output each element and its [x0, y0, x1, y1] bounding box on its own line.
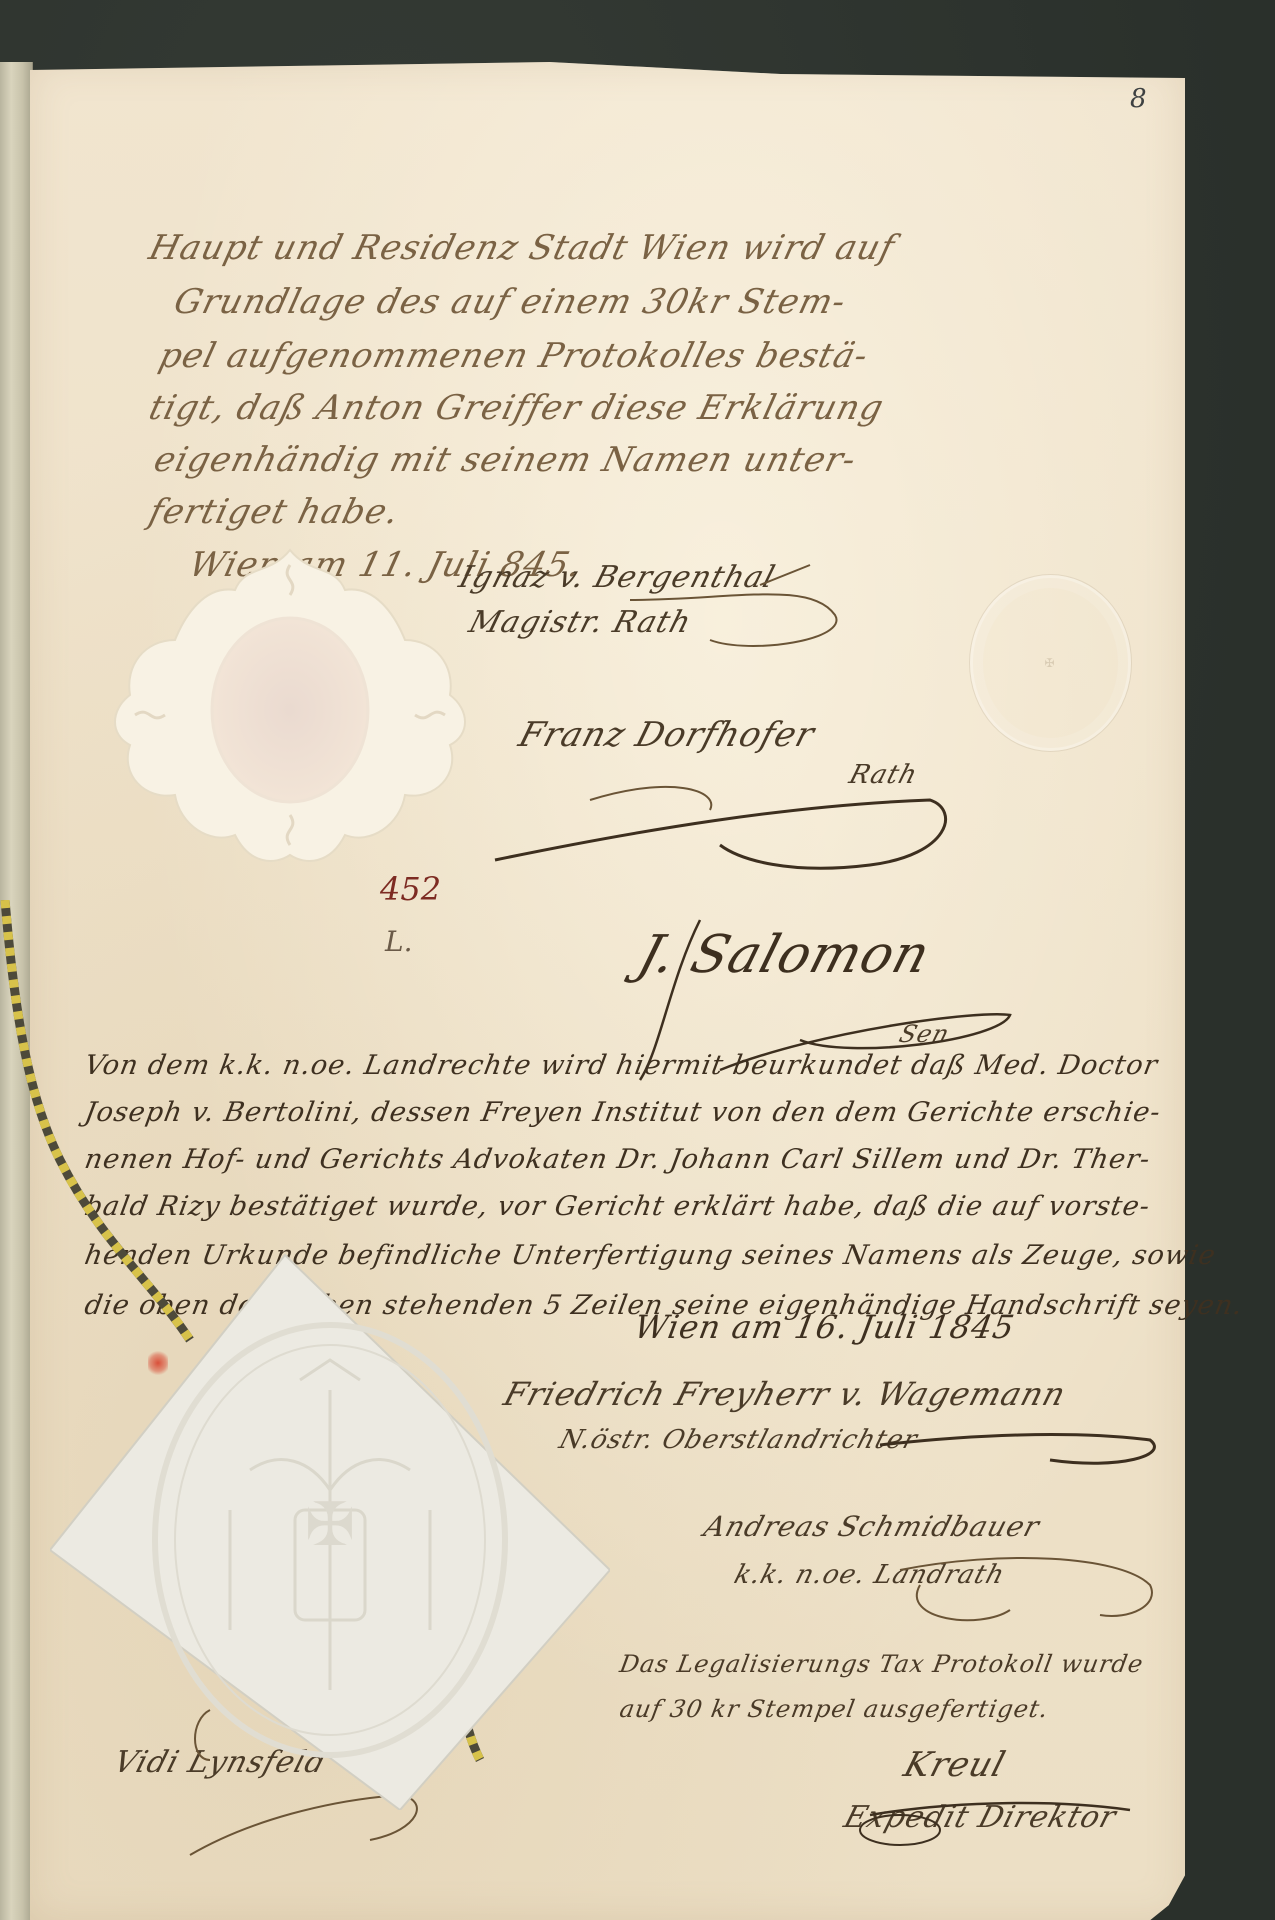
double-eagle-emblem-icon: ✠: [305, 1490, 355, 1560]
legalization-note-line: Das Legalisierungs Tax Protokoll wurde: [618, 1650, 1146, 1678]
folio-mark: 8: [1130, 84, 1147, 114]
upper-text-line: tigt, daß Anton Greiffer diese Erklärung: [145, 388, 888, 428]
signature-name: Franz Dorfhofer: [514, 715, 819, 755]
upper-text-line: Haupt und Residenz Stadt Wien wird auf: [145, 228, 899, 268]
signature-flourish: [610, 560, 850, 670]
signature-name: Kreul: [899, 1745, 1010, 1785]
signature-flourish: [490, 760, 960, 880]
paper-wafer-seal: ✠: [50, 1250, 610, 1810]
upper-text-line: pel aufgenommenen Protokolles bestä-: [155, 336, 873, 376]
signature-flourish: [870, 1400, 1170, 1480]
signature-title: N.östr. Oberstlandrichter: [556, 1425, 922, 1455]
upper-text-line: eigenhändig mit seinem Namen unter-: [150, 440, 861, 480]
lower-date-line: Wien am 16. Juli 1845: [632, 1308, 1018, 1346]
dry-embossed-seal: ✠: [970, 575, 1131, 751]
signature-name: Andreas Schmidbauer: [700, 1510, 1043, 1543]
signature-flourish: [840, 1780, 1140, 1850]
signature-flourish: [880, 1540, 1170, 1640]
embossed-frame-seal: [105, 545, 475, 870]
upper-text-line: Grundlage des auf einem 30kr Stem-: [170, 282, 850, 322]
legalization-note-line: auf 30 kr Stempel ausgefertiget.: [618, 1695, 1051, 1723]
double-eagle-emblem-icon: ✠: [973, 578, 1128, 748]
upper-text-line: fertiget habe.: [145, 492, 404, 532]
